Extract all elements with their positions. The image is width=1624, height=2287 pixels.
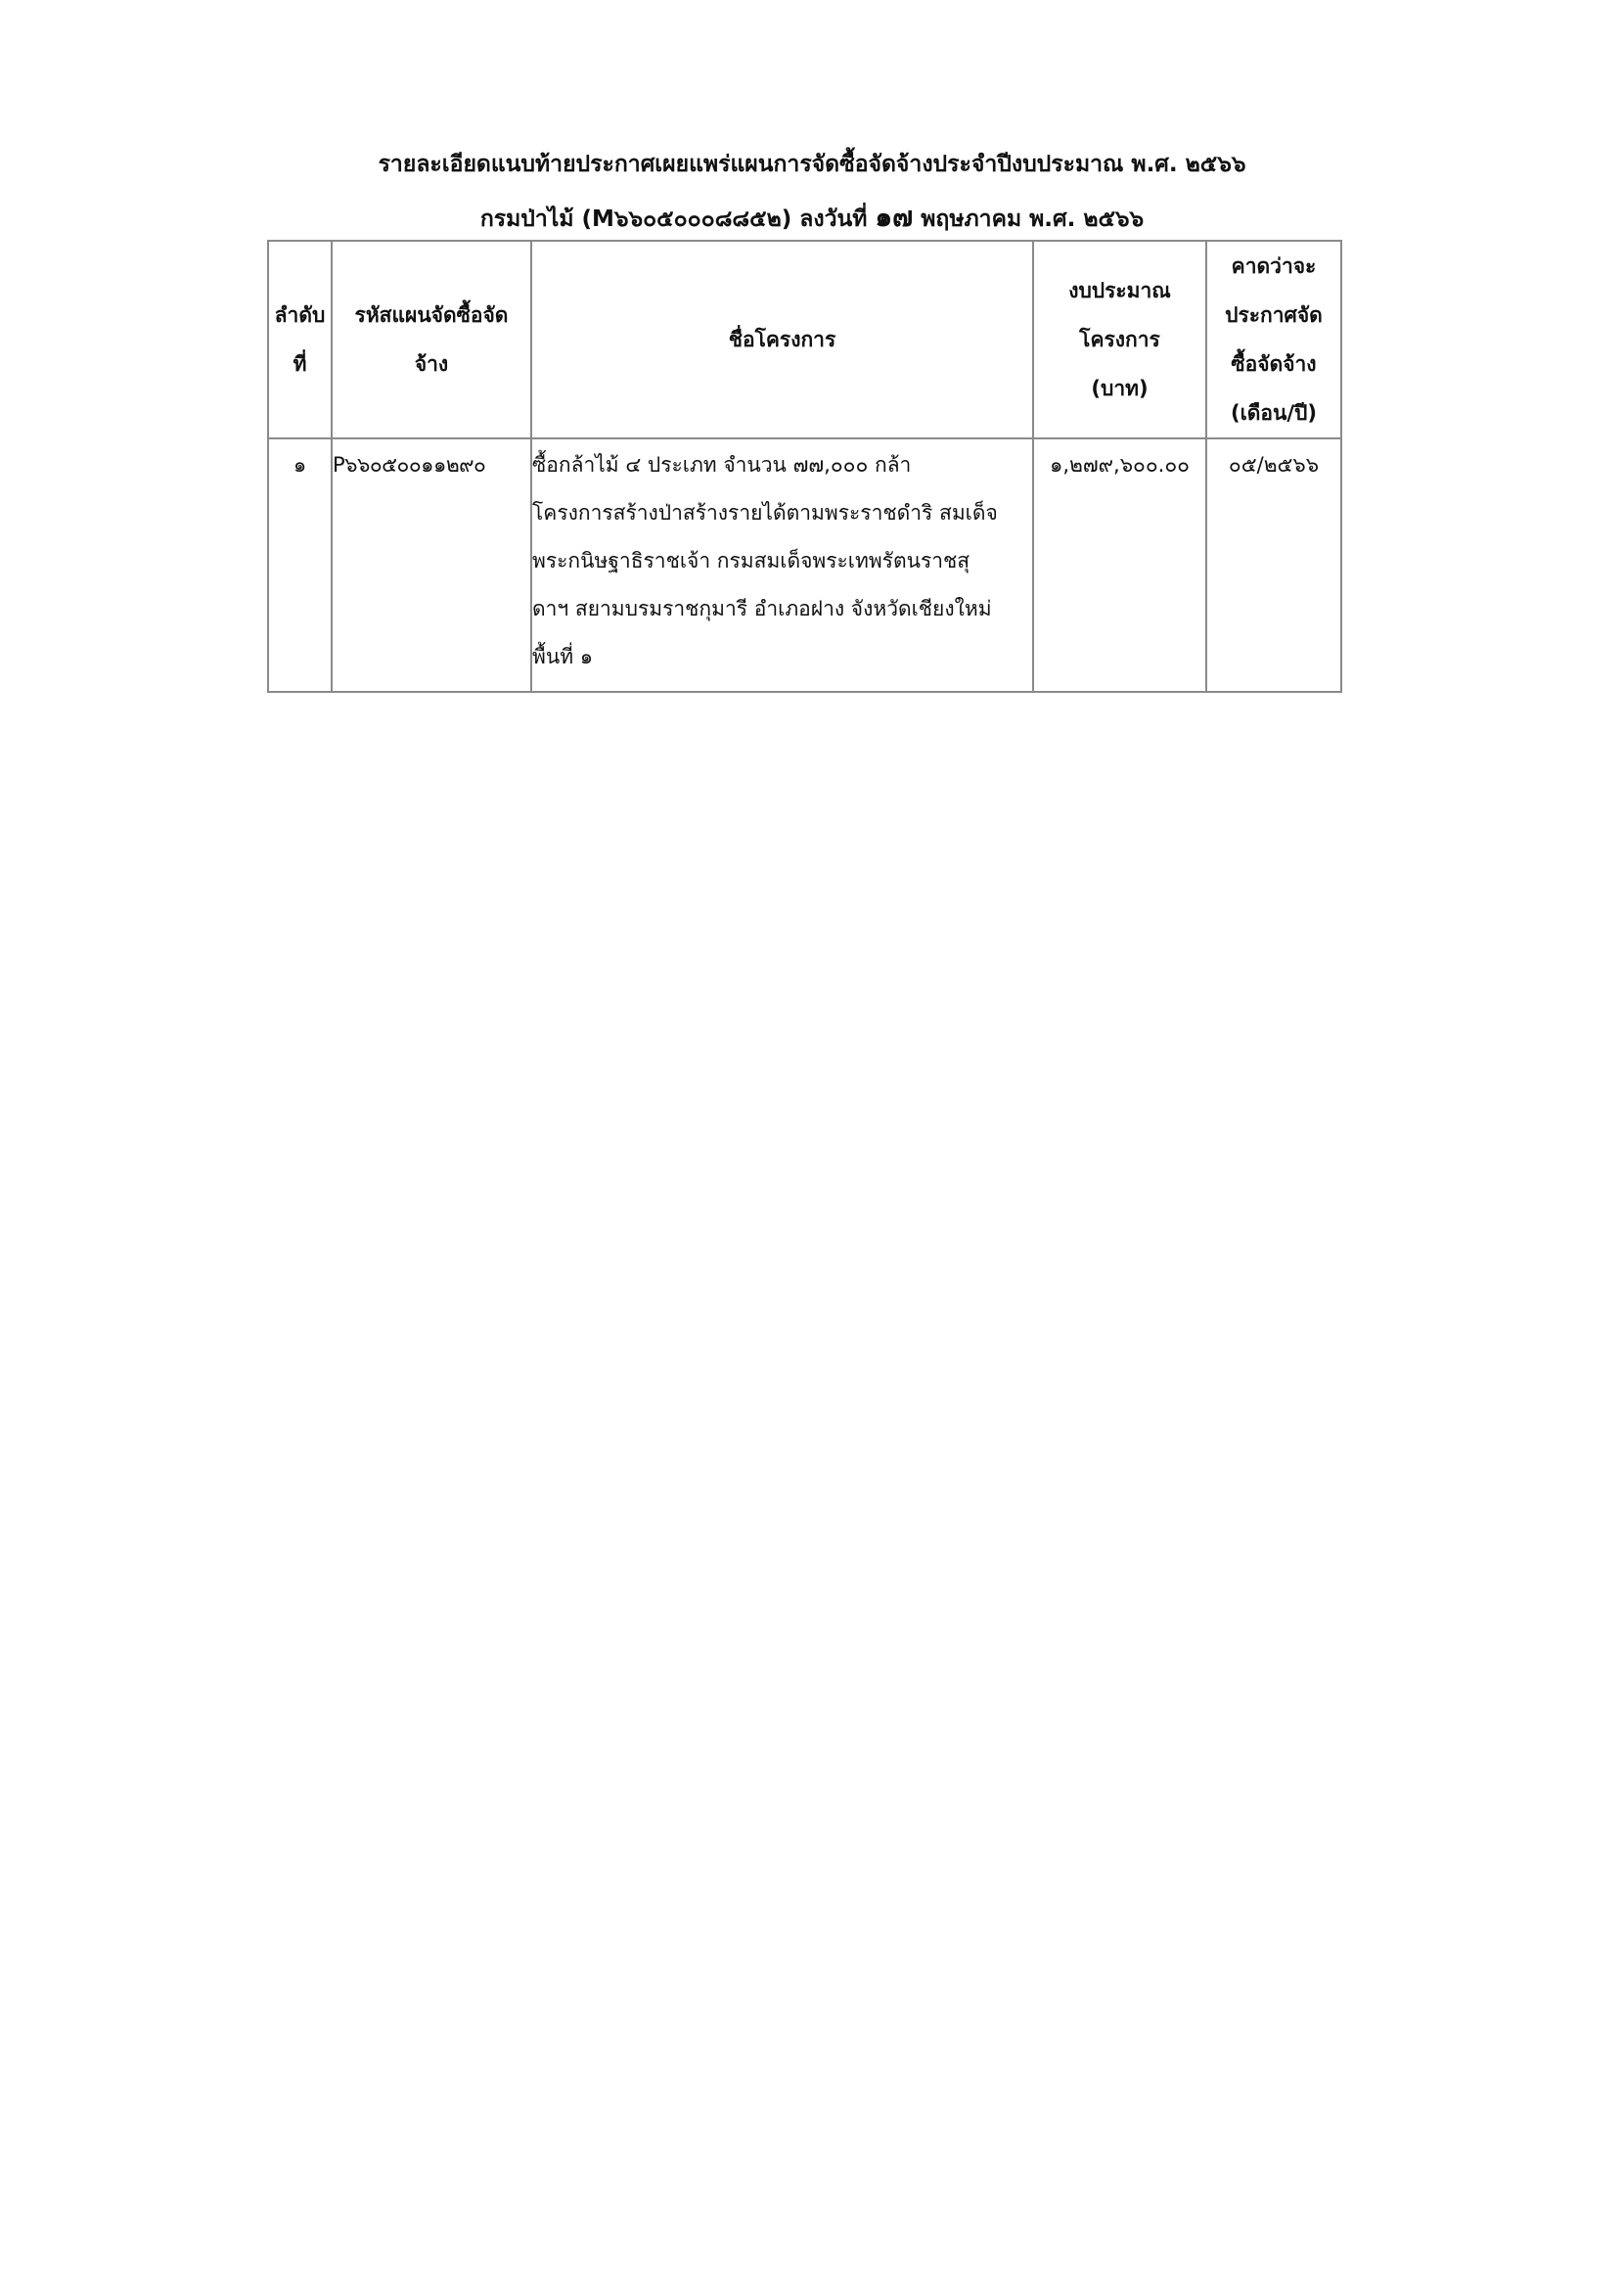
header-budget-line: โครงการ — [1034, 315, 1205, 364]
header-no: ลำดับ ที่ — [268, 241, 332, 438]
header-expected-date-line: คาดว่าจะ — [1207, 242, 1340, 291]
table-header-row: ลำดับ ที่ รหัสแผนจัดซื้อจัด จ้าง ชื่อโคร… — [268, 241, 1341, 438]
project-name-line: พื้นที่ ๑ — [532, 633, 1032, 681]
header-project-name: ชื่อโครงการ — [531, 241, 1033, 438]
header-plan-code: รหัสแผนจัดซื้อจัด จ้าง — [332, 241, 531, 438]
header-expected-date: คาดว่าจะ ประกาศจัด ซื้อจัดจ้าง (เดือน/ปี… — [1206, 241, 1341, 438]
cell-plan-code: P๖๖๐๕๐๐๑๑๒๙๐ — [332, 438, 531, 692]
subtitle-prefix: กรมป่าไม้ (M๖๖๐๕๐๐๐๘๘๕๒) ลงวันที่ — [480, 206, 876, 232]
cell-no: ๑ — [268, 438, 332, 692]
header-budget-line: (บาท) — [1034, 364, 1205, 413]
header-budget-line: งบประมาณ — [1034, 266, 1205, 315]
header-project-name-line: ชื่อโครงการ — [532, 315, 1032, 364]
header-expected-date-line: ซื้อจัดจ้าง — [1207, 340, 1340, 389]
subtitle-suffix: พฤษภาคม พ.ศ. ๒๕๖๖ — [913, 206, 1144, 232]
project-name-line: ดาฯ สยามบรมราชกุมารี อำเภอฝาง จังหวัดเชี… — [532, 585, 1032, 633]
project-name-line: พระกนิษฐาธิราชเจ้า กรมสมเด็จพระเทพรัตนรา… — [532, 537, 1032, 585]
header-budget: งบประมาณ โครงการ (บาท) — [1033, 241, 1206, 438]
header-expected-date-line: ประกาศจัด — [1207, 291, 1340, 340]
project-name-line: ซื้อกล้าไม้ ๔ ประเภท จำนวน ๗๗,๐๐๐ กล้า — [532, 441, 1032, 489]
header-plan-code-line: จ้าง — [333, 340, 530, 389]
cell-budget: ๑,๒๗๙,๖๐๐.๐๐ — [1033, 438, 1206, 692]
document-subtitle: กรมป่าไม้ (M๖๖๐๕๐๐๐๘๘๕๒) ลงวันที่ ๑๗ พฤษ… — [0, 196, 1624, 239]
cell-expected-date: ๐๕/๒๕๖๖ — [1206, 438, 1341, 692]
document-title: รายละเอียดแนบท้ายประกาศเผยแพร่แผนการจัดซ… — [0, 147, 1624, 182]
project-name-line: โครงการสร้างป่าสร้างรายได้ตามพระราชดำริ … — [532, 489, 1032, 537]
header-plan-code-line: รหัสแผนจัดซื้อจัด — [333, 291, 530, 340]
header-no-line: ที่ — [269, 340, 331, 389]
header-expected-date-line: (เดือน/ปี) — [1207, 389, 1340, 437]
subtitle-day: ๑๗ — [875, 201, 913, 233]
header-no-line: ลำดับ — [269, 291, 331, 340]
cell-project-name: ซื้อกล้าไม้ ๔ ประเภท จำนวน ๗๗,๐๐๐ กล้า โ… — [531, 438, 1033, 692]
table-row: ๑ P๖๖๐๕๐๐๑๑๒๙๐ ซื้อกล้าไม้ ๔ ประเภท จำนว… — [268, 438, 1341, 692]
procurement-plan-table: ลำดับ ที่ รหัสแผนจัดซื้อจัด จ้าง ชื่อโคร… — [267, 240, 1342, 693]
